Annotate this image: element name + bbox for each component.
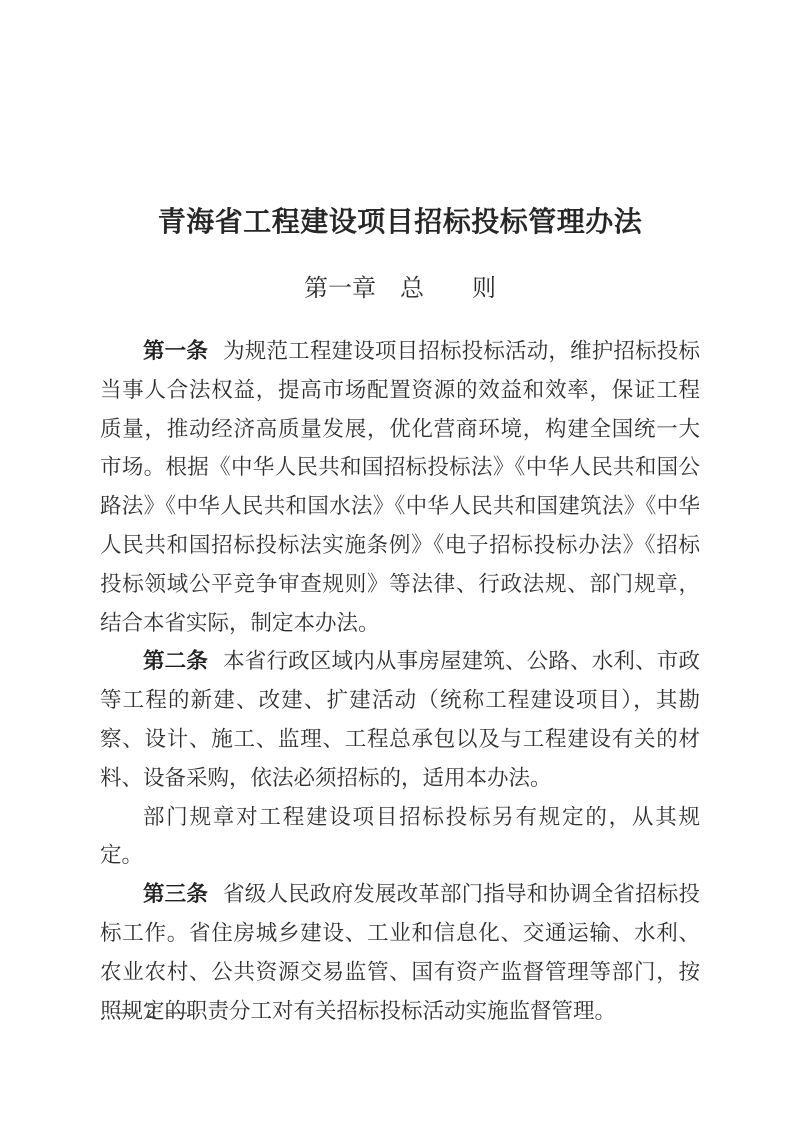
article-text: 部门规章对工程建设项目招标投标另有规定的，从其规定。 <box>100 805 700 868</box>
article-number-label: 第二条 <box>143 649 208 673</box>
article-number-label: 第三条 <box>143 882 208 906</box>
article-text: 为规范工程建设项目招标投标活动，维护招标投标当事人合法权益，提高市场配置资源的效… <box>100 339 700 635</box>
document-title: 青海省工程建设项目招标投标管理办法 <box>100 206 700 240</box>
content-column: 青海省工程建设项目招标投标管理办法 第一章 总 则 第一条为规范工程建设项目招标… <box>100 206 700 1030</box>
article-number-label: 第一条 <box>143 339 208 363</box>
page-number: — 2 — <box>116 998 189 1024</box>
body-paragraph: 第二条本省行政区域内从事房屋建筑、公路、水利、市政等工程的新建、改建、扩建活动（… <box>100 642 700 797</box>
body-paragraph: 第三条省级人民政府发展改革部门指导和协调全省招标投标工作。省住房城乡建设、工业和… <box>100 875 700 1030</box>
document-body: 第一条为规范工程建设项目招标投标活动，维护招标投标当事人合法权益，提高市场配置资… <box>100 332 700 1030</box>
document-page: 青海省工程建设项目招标投标管理办法 第一章 总 则 第一条为规范工程建设项目招标… <box>0 0 793 1122</box>
body-paragraph: 第一条为规范工程建设项目招标投标活动，维护招标投标当事人合法权益，提高市场配置资… <box>100 332 700 642</box>
body-paragraph: 部门规章对工程建设项目招标投标另有规定的，从其规定。 <box>100 798 700 876</box>
chapter-heading: 第一章 总 则 <box>100 275 700 304</box>
